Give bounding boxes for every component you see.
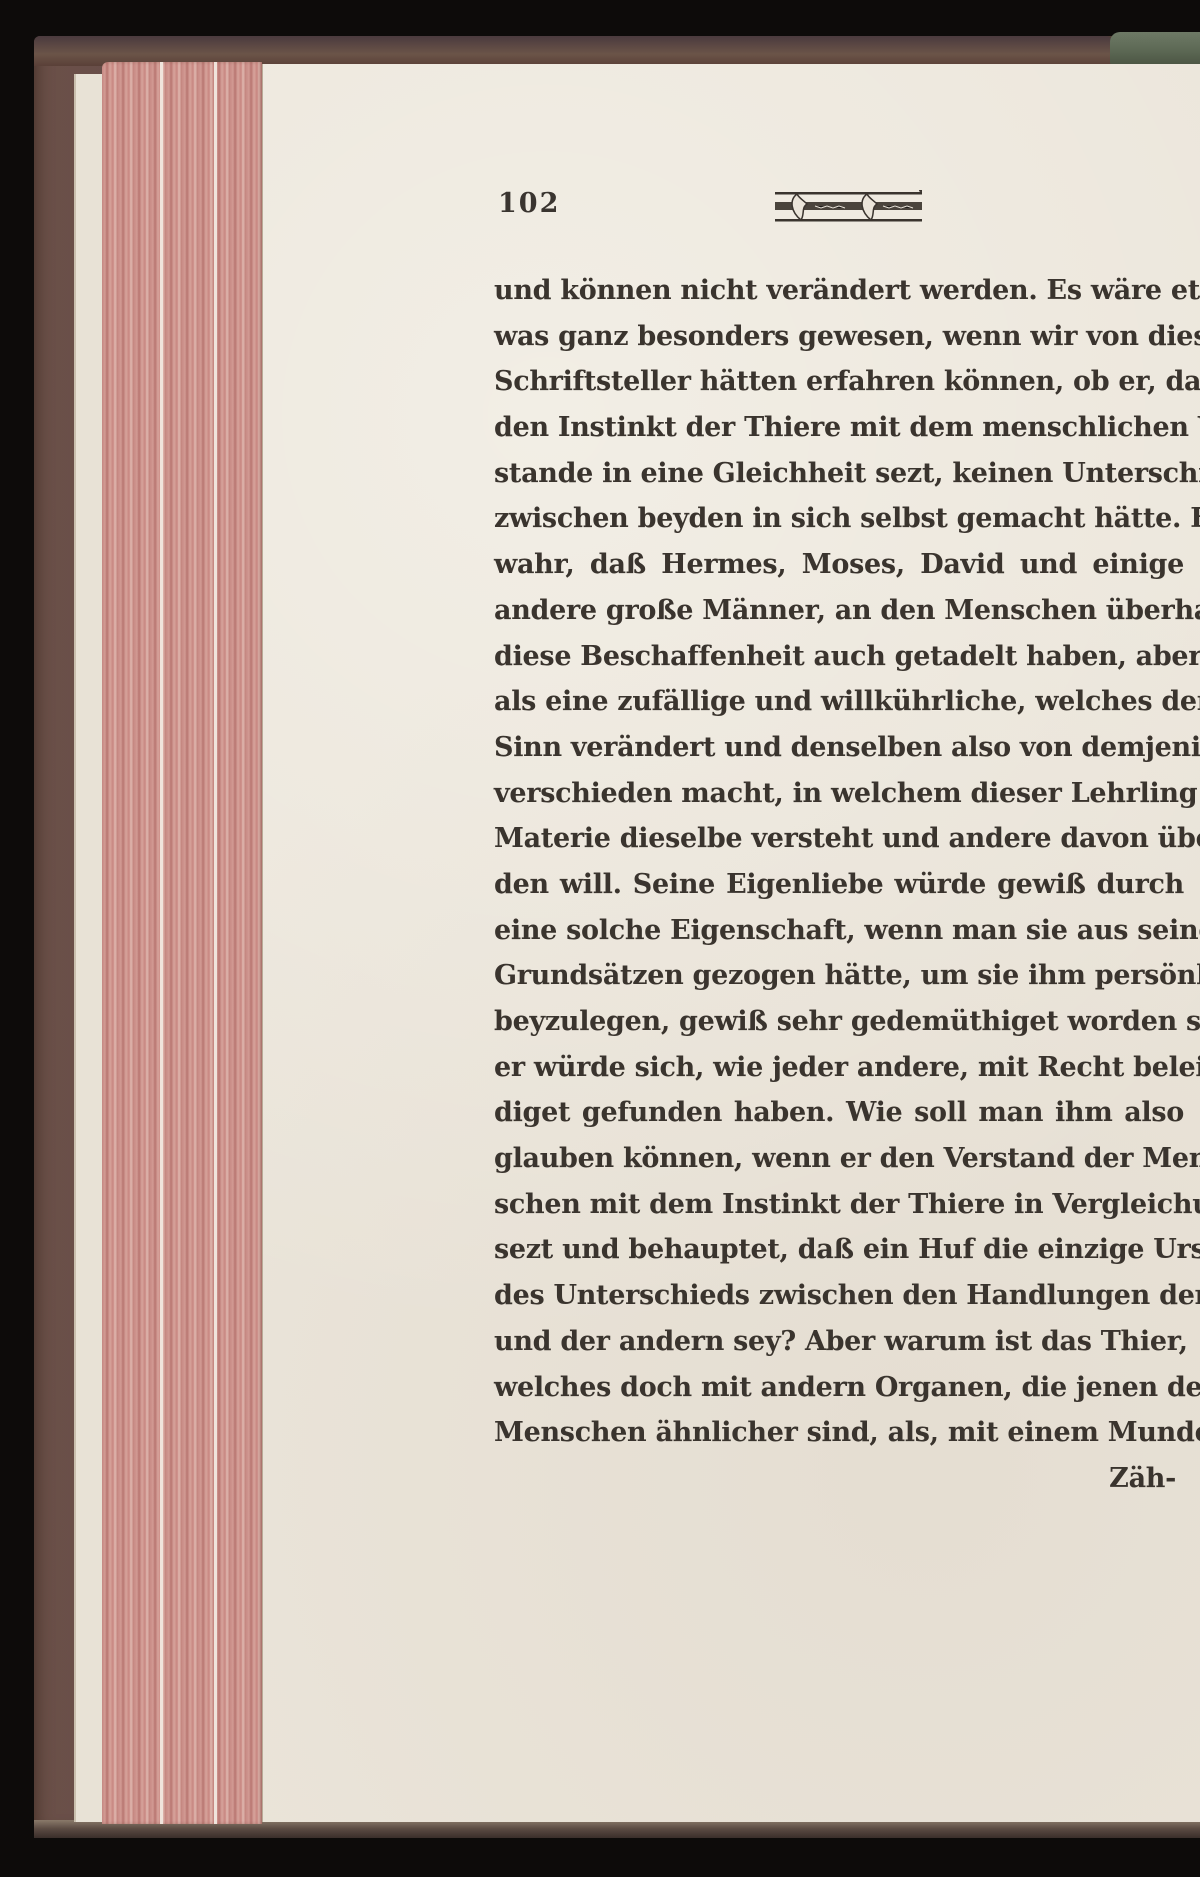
text-line: und der andern sey? Aber warum ist das T… bbox=[494, 1319, 1184, 1365]
text-line: den Instinkt der Thiere mit dem menschli… bbox=[494, 405, 1184, 451]
text-line: zwischen beyden in sich selbst gemacht h… bbox=[494, 496, 1184, 542]
body-text: und können nicht verändert werden. Es wä… bbox=[494, 268, 1184, 1502]
text-line: als eine zufällige und willkührliche, we… bbox=[494, 679, 1184, 725]
text-line: sezt und behauptet, daß ein Huf die einz… bbox=[494, 1227, 1184, 1273]
text-line: und können nicht verändert werden. Es wä… bbox=[494, 268, 1184, 314]
text-line: glauben können, wenn er den Verstand der… bbox=[494, 1136, 1184, 1182]
text-line: stande in eine Gleichheit sezt, keinen U… bbox=[494, 451, 1184, 497]
text-line: wahr, daß Hermes, Moses, David und einig… bbox=[494, 542, 1184, 588]
text-line: den will. Seine Eigenliebe würde gewiß d… bbox=[494, 862, 1184, 908]
page-edge-gap bbox=[214, 62, 217, 1824]
text-line: andere große Männer, an den Menschen übe… bbox=[494, 588, 1184, 634]
text-line: diget gefunden haben. Wie soll man ihm a… bbox=[494, 1090, 1184, 1136]
text-line: welches doch mit andern Organen, die jen… bbox=[494, 1365, 1184, 1411]
page-edge-gap bbox=[160, 62, 163, 1824]
text-line: Materie dieselbe versteht und andere dav… bbox=[494, 816, 1184, 862]
text-line: eine solche Eigenschaft, wenn man sie au… bbox=[494, 908, 1184, 954]
text-line: schen mit dem Instinkt der Thiere in Ver… bbox=[494, 1182, 1184, 1228]
text-line: Menschen ähnlicher sind, als, mit einem … bbox=[494, 1410, 1184, 1456]
catchword: Zäh- bbox=[494, 1456, 1184, 1502]
page-edges-stack bbox=[102, 62, 262, 1824]
text-line: diese Beschaffenheit auch getadelt haben… bbox=[494, 634, 1184, 680]
bookmark-ribbon bbox=[1110, 32, 1200, 66]
text-line: beyzulegen, gewiß sehr gedemüthiget word… bbox=[494, 999, 1184, 1045]
text-line: verschieden macht, in welchem dieser Leh… bbox=[494, 771, 1184, 817]
text-line: er würde sich, wie jeder andere, mit Rec… bbox=[494, 1045, 1184, 1091]
text-line: was ganz besonders gewesen, wenn wir von… bbox=[494, 314, 1184, 360]
text-line: Schriftsteller hätten erfahren können, o… bbox=[494, 359, 1184, 405]
page-number: 102 bbox=[498, 188, 560, 219]
text-line: Grundsätzen gezogen hätte, um sie ihm pe… bbox=[494, 953, 1184, 999]
text-line: des Unterschieds zwischen den Handlungen… bbox=[494, 1273, 1184, 1319]
headpiece-ornament-icon bbox=[775, 190, 922, 225]
text-line: Sinn verändert und denselben also von de… bbox=[494, 725, 1184, 771]
